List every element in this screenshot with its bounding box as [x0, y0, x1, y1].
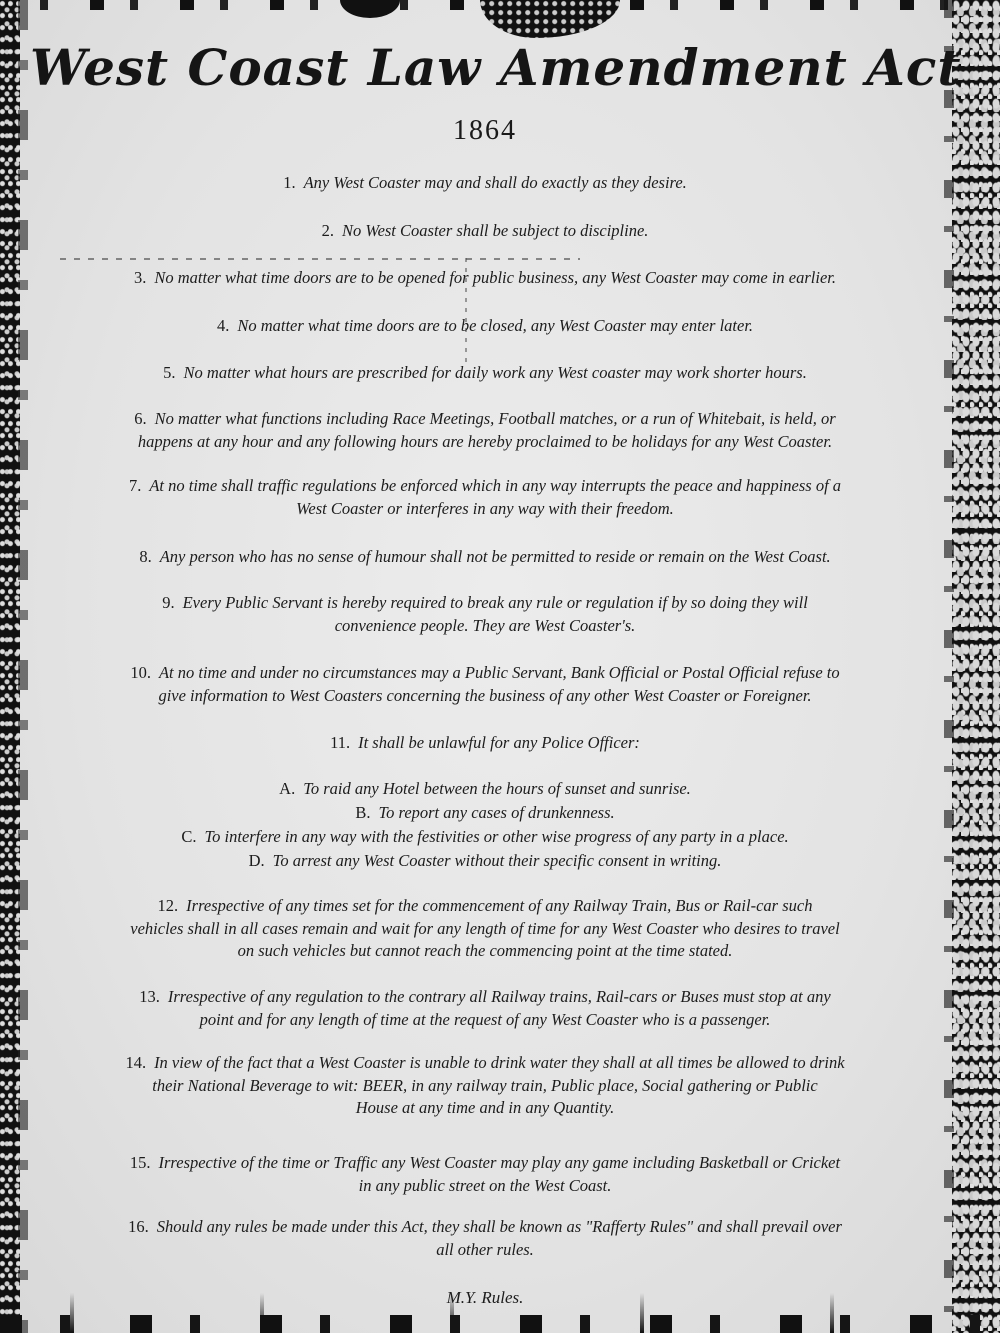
clause-text: West Coaster or interferes in any way wi…: [296, 499, 674, 518]
clause-text: At no time and under no circumstances ma…: [159, 663, 840, 682]
clause-line: 13.Irrespective of any regulation to the…: [30, 986, 940, 1009]
subclause-d: D.To arrest any West Coaster without the…: [30, 850, 940, 872]
clause-11: 11.It shall be unlawful for any Police O…: [30, 732, 940, 755]
document-year: 1864: [30, 115, 940, 147]
clause-number: 4.: [217, 316, 229, 335]
clause-text: No matter what time doors are to be clos…: [237, 316, 753, 335]
subclause-letter: D.: [249, 851, 265, 870]
clause-line: 10.At no time and under no circumstances…: [30, 662, 940, 685]
clause-line: in any public street on the West Coast.: [30, 1175, 940, 1198]
clause-text: on such vehicles but cannot reach the co…: [238, 941, 733, 960]
clause-line: 16.Should any rules be made under this A…: [30, 1216, 940, 1239]
clause-14: 14.In view of the fact that a West Coast…: [30, 1052, 940, 1120]
clause-line: 14.In view of the fact that a West Coast…: [30, 1052, 940, 1075]
clause-line: 7.At no time shall traffic regulations b…: [30, 475, 940, 498]
subclause-letter: A.: [279, 779, 295, 798]
fold-crease-horizontal: [60, 258, 580, 260]
clause-text: No matter what time doors are to be open…: [154, 268, 836, 287]
clause-line: their National Beverage to wit: BEER, in…: [30, 1075, 940, 1098]
clause-text: Irrespective of any regulation to the co…: [168, 987, 831, 1006]
clause-number: 14.: [125, 1053, 146, 1072]
clause-text: Any West Coaster may and shall do exactl…: [304, 173, 687, 192]
clause-line: 11.It shall be unlawful for any Police O…: [30, 732, 940, 755]
clause-number: 7.: [129, 476, 141, 495]
clause-text: Should any rules be made under this Act,…: [157, 1217, 842, 1236]
clause-text: happens at any hour and any following ho…: [138, 432, 832, 451]
signature: M.Y. Rules.: [30, 1288, 940, 1308]
clause-text: all other rules.: [436, 1240, 534, 1259]
clause-text: Irrespective of the time or Traffic any …: [159, 1153, 841, 1172]
clause-line: 4.No matter what time doors are to be cl…: [30, 315, 940, 338]
clause-line: all other rules.: [30, 1239, 940, 1262]
clause-line: House at any time and in any Quantity.: [30, 1097, 940, 1120]
clause-6: 6.No matter what functions including Rac…: [30, 408, 940, 453]
clause-number: 1.: [283, 173, 295, 192]
clause-text: Any person who has no sense of humour sh…: [160, 547, 831, 566]
clause-number: 6.: [134, 409, 146, 428]
clause-line: give information to West Coasters concer…: [30, 685, 940, 708]
decorative-border-right: [952, 0, 1000, 1333]
subclause-text: To interfere in any way with the festivi…: [204, 827, 788, 846]
clause-line: 2.No West Coaster shall be subject to di…: [30, 220, 940, 243]
clause-line: 9.Every Public Servant is hereby require…: [30, 592, 940, 615]
clause-5: 5.No matter what hours are prescribed fo…: [30, 362, 940, 385]
clause-text: Irrespective of any times set for the co…: [186, 896, 812, 915]
clause-line: vehicles shall in all cases remain and w…: [30, 918, 940, 941]
clause-line: 8.Any person who has no sense of humour …: [30, 546, 940, 569]
subclause-letter: C.: [181, 827, 196, 846]
clause-text: No West Coaster shall be subject to disc…: [342, 221, 648, 240]
clause-text: give information to West Coasters concer…: [158, 686, 811, 705]
clause-line: happens at any hour and any following ho…: [30, 431, 940, 454]
clause-3: 3.No matter what time doors are to be op…: [30, 267, 940, 290]
clause-text: No matter what hours are prescribed for …: [184, 363, 807, 382]
clause-number: 9.: [162, 593, 174, 612]
clause-line: West Coaster or interferes in any way wi…: [30, 498, 940, 521]
clause-9: 9.Every Public Servant is hereby require…: [30, 592, 940, 637]
subclause-letter: B.: [355, 803, 370, 822]
clause-text: point and for any length of time at the …: [200, 1010, 771, 1029]
clause-text: In view of the fact that a West Coaster …: [154, 1053, 845, 1072]
clause-12: 12.Irrespective of any times set for the…: [30, 895, 940, 963]
clause-text: At no time shall traffic regulations be …: [149, 476, 841, 495]
clause-13: 13.Irrespective of any regulation to the…: [30, 986, 940, 1031]
clause-15: 15.Irrespective of the time or Traffic a…: [30, 1152, 940, 1197]
clause-7: 7.At no time shall traffic regulations b…: [30, 475, 940, 520]
clause-text: It shall be unlawful for any Police Offi…: [358, 733, 640, 752]
clause-4: 4.No matter what time doors are to be cl…: [30, 315, 940, 338]
subclause-text: To raid any Hotel between the hours of s…: [303, 779, 691, 798]
clause-2: 2.No West Coaster shall be subject to di…: [30, 220, 940, 243]
clause-number: 8.: [139, 547, 151, 566]
clause-text: in any public street on the West Coast.: [359, 1176, 612, 1195]
clause-text: convenience people. They are West Coaste…: [335, 616, 636, 635]
clause-number: 2.: [322, 221, 334, 240]
clause-number: 11.: [330, 733, 350, 752]
document-title: West Coast Law Amendment Act: [30, 38, 940, 97]
clause-number: 10.: [130, 663, 151, 682]
clause-line: 6.No matter what functions including Rac…: [30, 408, 940, 431]
clause-line: 12.Irrespective of any times set for the…: [30, 895, 940, 918]
clause-text: Every Public Servant is hereby required …: [183, 593, 808, 612]
clause-line: 3.No matter what time doors are to be op…: [30, 267, 940, 290]
clause-number: 13.: [139, 987, 160, 1006]
subclause-b: B.To report any cases of drunkenness.: [30, 802, 940, 824]
clause-number: 3.: [134, 268, 146, 287]
clause-text: their National Beverage to wit: BEER, in…: [152, 1076, 817, 1095]
clause-10: 10.At no time and under no circumstances…: [30, 662, 940, 707]
clause-text: vehicles shall in all cases remain and w…: [130, 919, 839, 938]
subclause-text: To arrest any West Coaster without their…: [273, 851, 722, 870]
clause-16: 16.Should any rules be made under this A…: [30, 1216, 940, 1261]
subclause-text: To report any cases of drunkenness.: [378, 803, 614, 822]
clause-line: on such vehicles but cannot reach the co…: [30, 940, 940, 963]
clause-line: 5.No matter what hours are prescribed fo…: [30, 362, 940, 385]
decorative-border-left: [0, 0, 20, 1333]
clause-text: House at any time and in any Quantity.: [356, 1098, 614, 1117]
clause-1: 1.Any West Coaster may and shall do exac…: [30, 172, 940, 195]
clause-text: No matter what functions including Race …: [155, 409, 836, 428]
clause-line: 1.Any West Coaster may and shall do exac…: [30, 172, 940, 195]
subclause-c: C.To interfere in any way with the festi…: [30, 826, 940, 848]
subclause-a: A.To raid any Hotel between the hours of…: [30, 778, 940, 800]
clause-line: 15.Irrespective of the time or Traffic a…: [30, 1152, 940, 1175]
clause-line: point and for any length of time at the …: [30, 1009, 940, 1032]
clause-number: 5.: [163, 363, 175, 382]
clause-8: 8.Any person who has no sense of humour …: [30, 546, 940, 569]
clause-number: 12.: [158, 896, 179, 915]
clause-number: 15.: [130, 1153, 151, 1172]
clause-number: 16.: [128, 1217, 149, 1236]
clause-line: convenience people. They are West Coaste…: [30, 615, 940, 638]
decorative-border-bottom: [0, 1315, 1000, 1333]
